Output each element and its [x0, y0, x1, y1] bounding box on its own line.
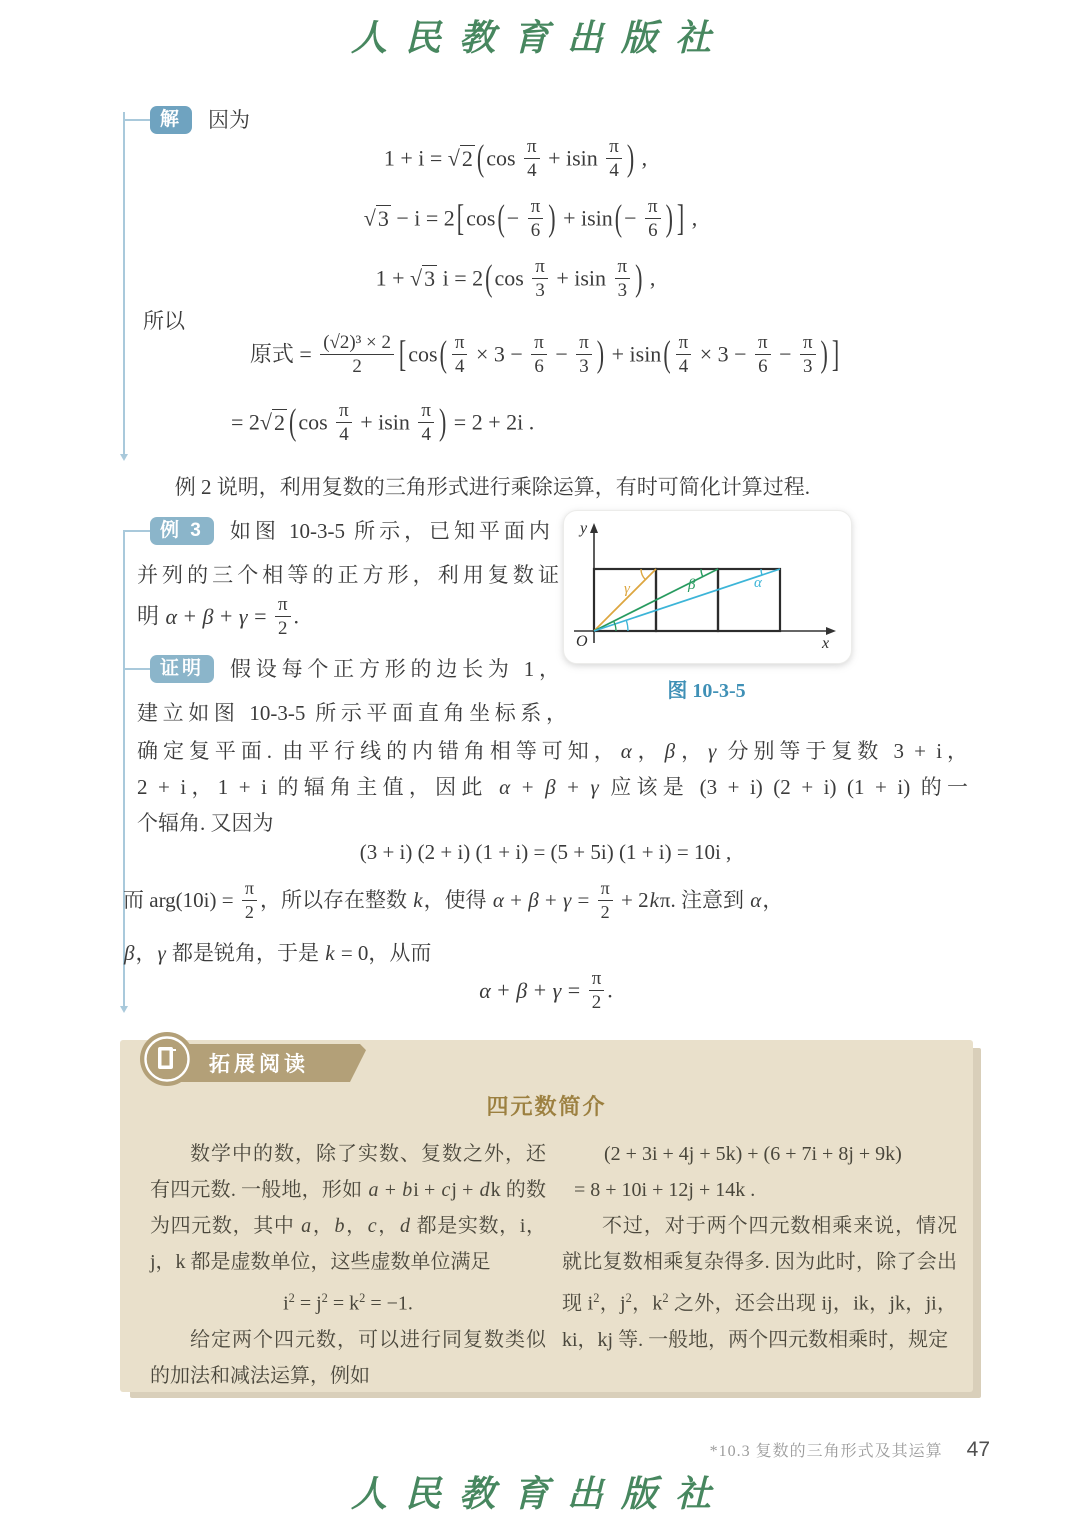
beta-label: β: [687, 577, 696, 593]
publisher-calligraphy-bottom: 人民教育出版社: [0, 1466, 1080, 1517]
formula-line: α + β + γ = π2.: [123, 970, 968, 1015]
reading-formula: i2 = j2 = k2 = −1.: [150, 1280, 546, 1322]
solution-section: 解 因为 1 + i = √2(cos π4 + isin π4) , √3 −…: [123, 96, 968, 462]
reading-paragraph: 数学中的数，除了实数、复数之外，还有四元数. 一般地，形如 a + bi + c…: [150, 1136, 546, 1280]
origin-label: O: [576, 633, 588, 650]
origin-alpha-arc: [626, 620, 628, 631]
extended-reading-box: 拓展阅读 四元数简介 数学中的数，除了实数、复数之外，还有四元数. 一般地，形如…: [120, 1040, 973, 1392]
reading-paragraph: 给定两个四元数，可以进行同复数类似的加法和减法运算，例如: [150, 1322, 546, 1394]
proof-paragraph-line: 个辐角. 又因为: [137, 804, 968, 842]
proof-paragraph-line: 2 + i，1 + i 的辐角主值，因此 α + β + γ 应该是 (3 + …: [137, 768, 968, 806]
reading-book-icon: [138, 1030, 196, 1088]
example3-section: 例 3 如图 10-3-5 所示，已知平面内 并列的三个相等的正方形，利用复数证…: [123, 508, 968, 1020]
example3-line3: 明 α + β + γ = π2.: [137, 596, 299, 641]
reading-columns: 数学中的数，除了实数、复数之外，还有四元数. 一般地，形如 a + bi + c…: [150, 1136, 957, 1394]
formula-line: = 2√2(cos π4 + isin π4) = 2 + 2i .: [231, 402, 534, 447]
example3-badge: 例 3: [150, 517, 214, 546]
proof-line2: 建立如图 10-3-5 所示平面直角坐标系，: [137, 694, 567, 732]
reading-title: 四元数简介: [120, 1090, 973, 1121]
reading-paragraph: 不过，对于两个四元数相乘来说，情况就比复数相乘复杂得多. 因为此时，除了会出现 …: [562, 1208, 957, 1358]
proof-badge: 证明: [150, 655, 214, 684]
bracket-arrow: [120, 454, 128, 461]
footer-section-title: *10.3 复数的三角形式及其运算: [710, 1438, 943, 1461]
proof-paragraph-line: 确定复平面. 由平行线的内错角相等可知，α，β，γ 分别等于复数 3 + i，: [137, 732, 968, 770]
proof-heading-row: 证明 假设每个正方形的边长为 1，: [123, 652, 968, 686]
publisher-calligraphy-top: 人民教育出版社: [0, 10, 1080, 61]
formula-line: √3 − i = 2[cos(− π6) + isin(− π6)] ,: [123, 198, 938, 243]
x-axis-label: x: [821, 635, 829, 652]
example3-line2: 并列的三个相等的正方形，利用复数证: [137, 556, 559, 594]
beta-angle-arc: [701, 569, 703, 577]
solution-badge: 解: [150, 106, 192, 135]
textbook-page: 人民教育出版社 解 因为 1 + i = √2(cos π4 + isin π4…: [0, 0, 1080, 1527]
alpha-label: α: [754, 575, 763, 591]
formula-line: (3 + i) (2 + i) (1 + i) = (5 + 5i) (1 + …: [123, 840, 968, 865]
bracket-connector: [123, 668, 150, 670]
reading-right-column: (2 + 3i + 4j + 5k) + (6 + 7i + 8j + 9k) …: [562, 1136, 957, 1394]
reading-formula: (2 + 3i + 4j + 5k) + (6 + 7i + 8j + 9k): [562, 1136, 957, 1172]
gamma-angle-arc: [641, 569, 645, 580]
formula-line: 1 + √3 i = 2(cos π3 + isin π3) ,: [123, 258, 908, 303]
reading-formula: = 8 + 10i + 12j + 14k .: [562, 1172, 957, 1208]
formula-line: β，γ 都是锐角，于是 k = 0，从而: [123, 934, 968, 972]
origin-beta-arc: [614, 621, 616, 631]
reading-banner: 拓展阅读: [166, 1044, 366, 1082]
figure-10-3-5-svg: y x O γ β α: [564, 511, 851, 661]
square-3: [718, 569, 780, 631]
gamma-line: [594, 569, 656, 631]
formula-line: 而 arg(10i) = π2，所以存在整数 k，使得 α + β + γ = …: [123, 872, 968, 928]
formula-line: 1 + i = √2(cos π4 + isin π4) ,: [123, 138, 908, 183]
page-footer: *10.3 复数的三角形式及其运算 47: [710, 1438, 990, 1462]
reading-left-column: 数学中的数，除了实数、复数之外，还有四元数. 一般地，形如 a + bi + c…: [150, 1136, 546, 1394]
footer-page-number: 47: [967, 1438, 990, 1462]
bracket-connector: [123, 530, 150, 532]
formula-line: 原式 = (√2)³ × 22[cos(π4 × 3 − π6 − π3) + …: [123, 334, 968, 379]
y-axis-label: y: [578, 520, 588, 537]
alpha-line: [594, 569, 780, 631]
proof-line1: 假设每个正方形的边长为 1，: [230, 650, 560, 688]
y-axis-arrow: [590, 523, 598, 533]
bracket-connector: [123, 119, 150, 121]
example2-note: 例 2 说明，利用复数的三角形式进行乘除运算，有时可简化计算过程.: [137, 468, 968, 506]
figure-card: y x O γ β α: [563, 510, 852, 664]
solution-heading-row: 解 因为: [123, 104, 968, 136]
x-axis-arrow: [826, 627, 836, 635]
example3-line1: 如图 10-3-5 所示，已知平面内: [230, 512, 550, 550]
because-label: 因为: [208, 101, 250, 139]
